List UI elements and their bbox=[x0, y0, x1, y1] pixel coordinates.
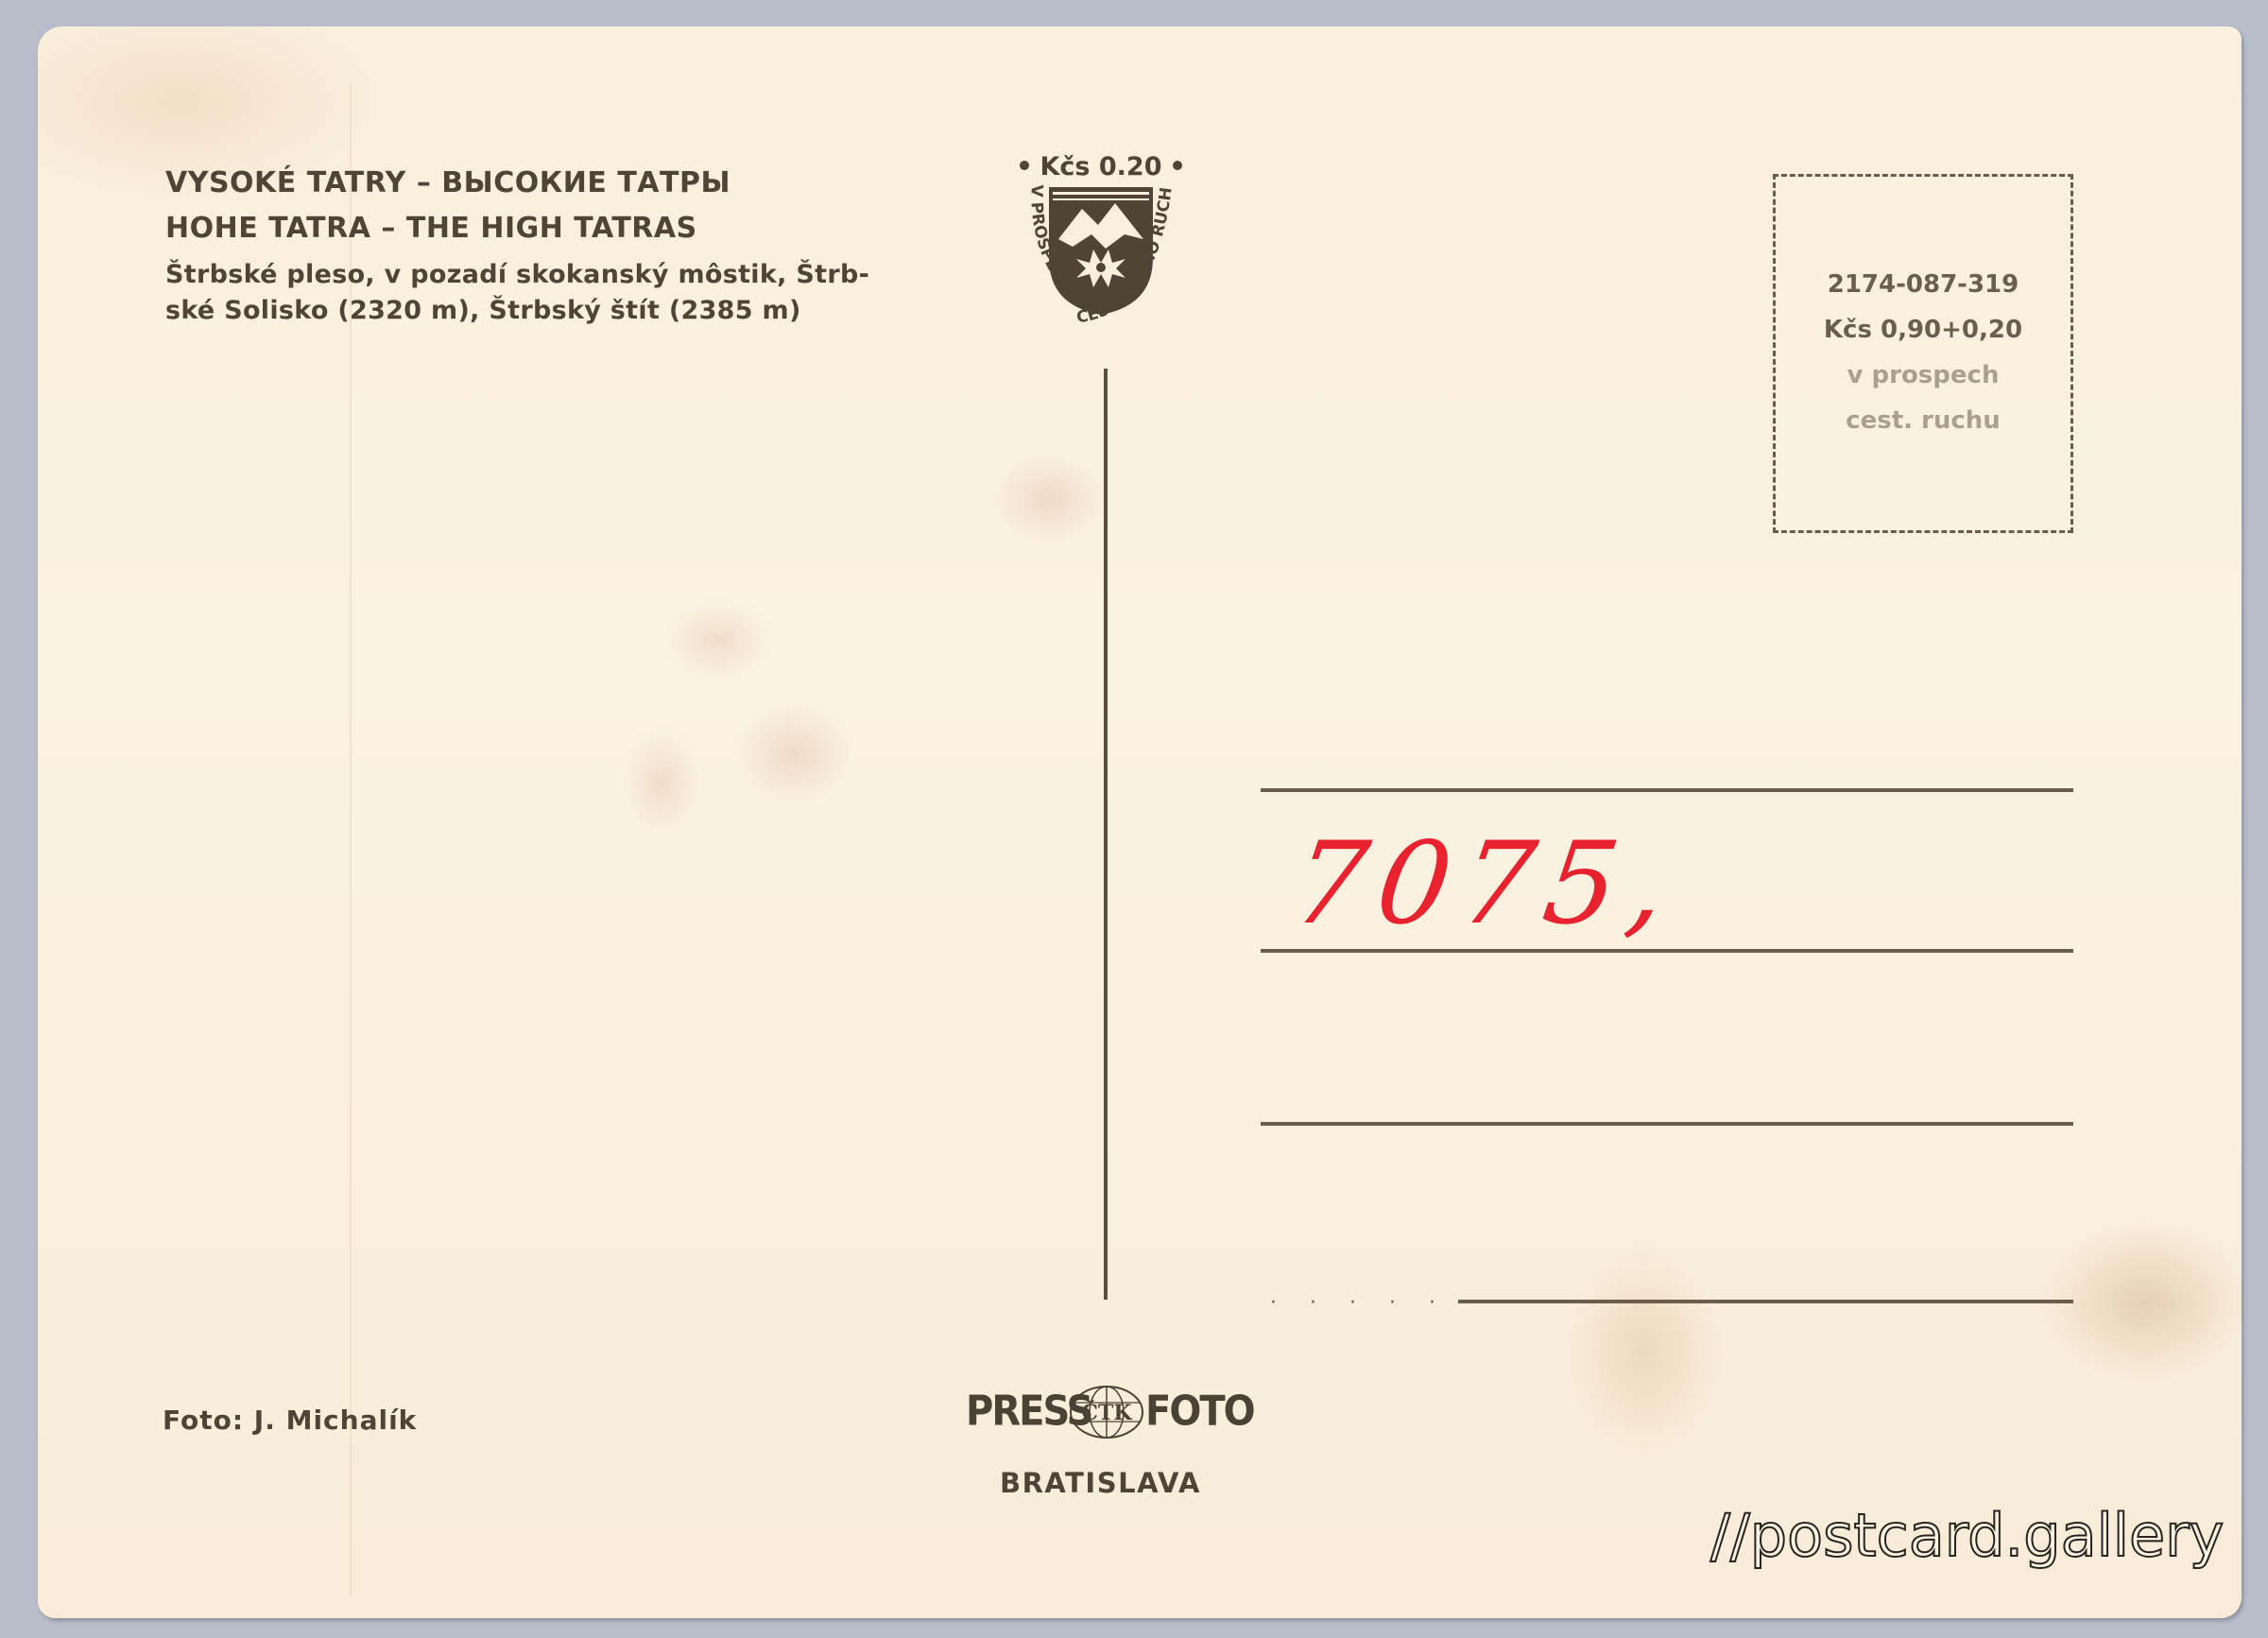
postcode-dots: · · · · · · bbox=[1270, 1291, 1488, 1315]
description: Štrbské pleso, v pozadí skokanský môstik… bbox=[165, 257, 869, 329]
postage-stamp-box: 2174-087-319 Kčs 0,90+0,20 v prospech ce… bbox=[1773, 174, 2073, 533]
mountain-edelweiss-shield-icon: Kčs 0.20 V PROSPECH CESTOVNÉHO RUCHU bbox=[1011, 145, 1191, 334]
imprint-number: 2174-087-319 bbox=[1776, 262, 2070, 307]
description-line-2: ské Solisko (2320 m), Štrbský štít (2385… bbox=[165, 293, 869, 329]
address-line-4 bbox=[1458, 1300, 2073, 1303]
publisher-logo-center: ČTK bbox=[1081, 1400, 1132, 1425]
address-line-3 bbox=[1261, 1122, 2073, 1126]
handwritten-note: 7075, bbox=[1285, 819, 1685, 950]
imprint-note-1: v prospech bbox=[1776, 353, 2070, 398]
postage-imprint: 2174-087-319 Kčs 0,90+0,20 v prospech ce… bbox=[1776, 262, 2070, 443]
publisher-logo: PRESS ČTK FOTO bbox=[966, 1384, 1240, 1440]
title-line-2: HOHE TATRA – THE HIGH TATRAS bbox=[165, 212, 697, 245]
globe-icon: ČTK bbox=[1068, 1384, 1145, 1440]
title-line-1: VYSOKÉ TATRY – ВЫСОКИЕ ТАТРЫ bbox=[165, 166, 730, 199]
postcard-back: VYSOKÉ TATRY – ВЫСОКИЕ ТАТРЫ HOHE TATRA … bbox=[38, 26, 2242, 1618]
imprint-price: Kčs 0,90+0,20 bbox=[1776, 307, 2070, 353]
publisher-city: BRATISLAVA bbox=[1000, 1467, 1201, 1499]
address-line-2 bbox=[1261, 949, 2073, 953]
publisher-logo-right: FOTO bbox=[1145, 1388, 1254, 1436]
address-line-1 bbox=[1261, 788, 2073, 792]
watermark: //postcard.gallery bbox=[1710, 1501, 2224, 1570]
photo-credit: Foto: J. Michalík bbox=[163, 1405, 417, 1436]
stamp-value: Kčs 0.20 bbox=[1039, 152, 1161, 181]
imprint-note-2: cest. ruchu bbox=[1776, 398, 2070, 443]
message-address-divider bbox=[1104, 369, 1108, 1300]
description-line-1: Štrbské pleso, v pozadí skokanský môstik… bbox=[165, 257, 869, 293]
